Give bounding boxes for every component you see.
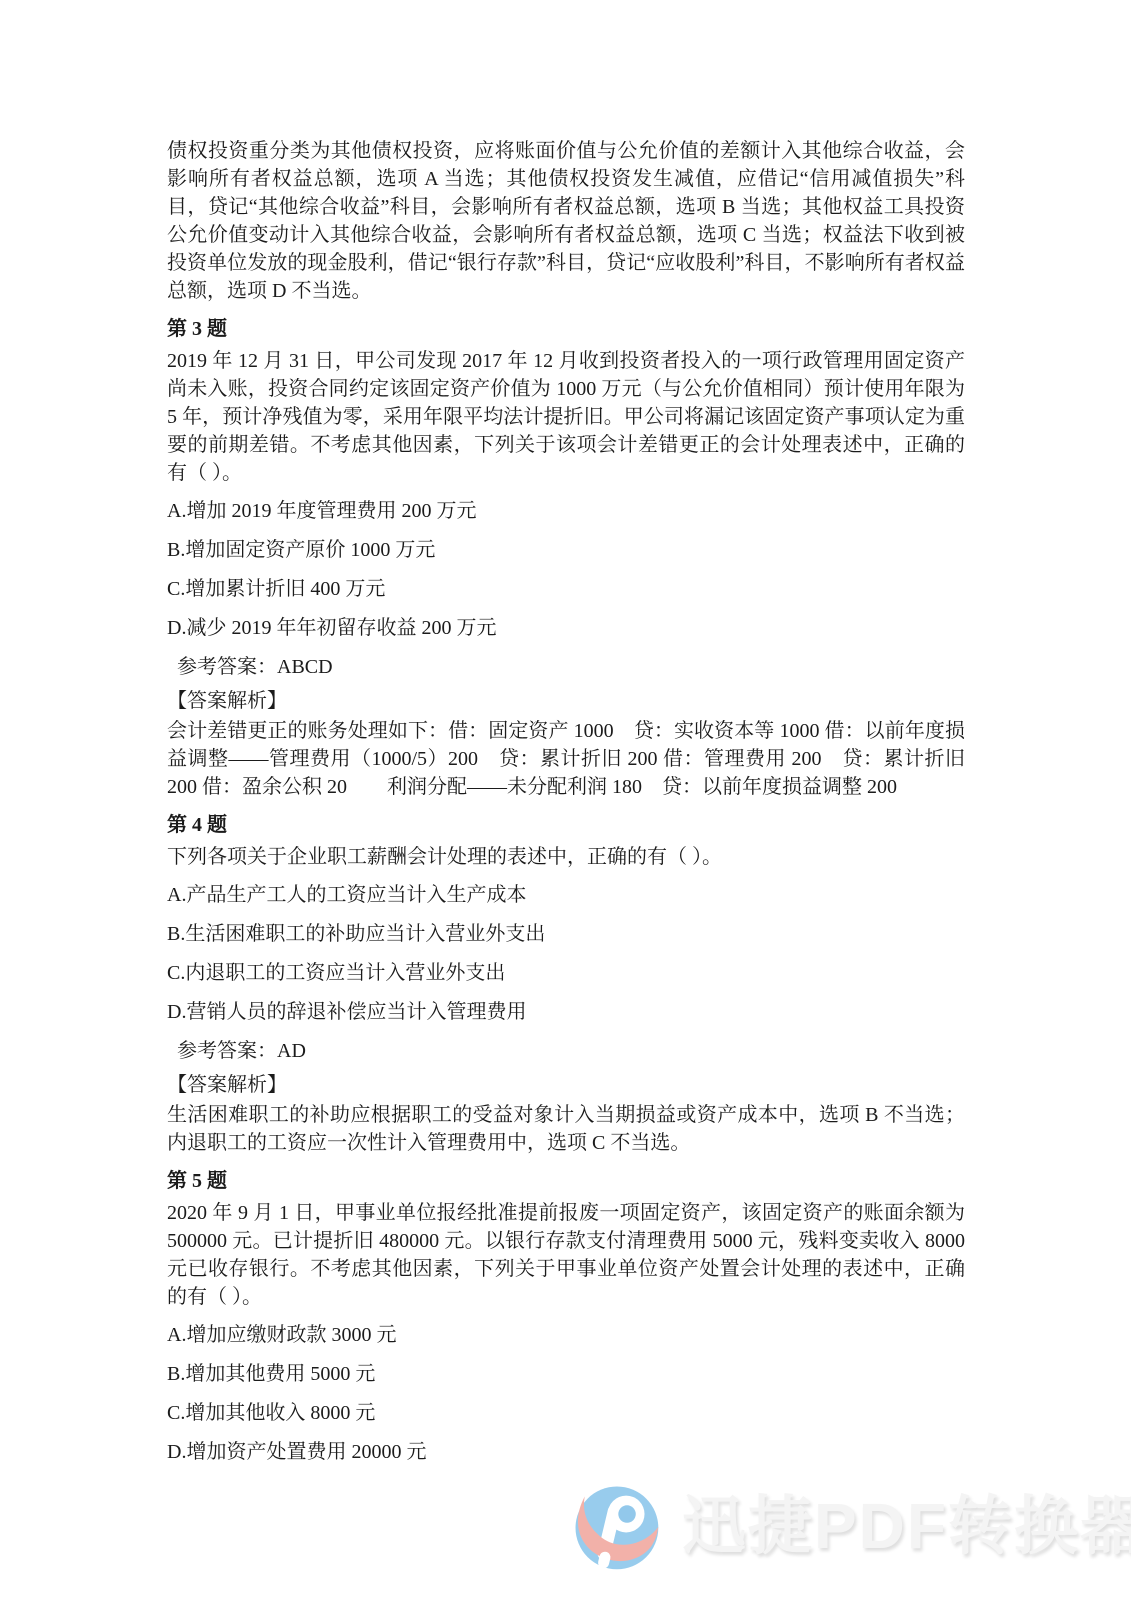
option-c: C.内退职工的工资应当计入营业外支出 [167, 959, 965, 987]
reference-answer: 参考答案：AD [167, 1037, 965, 1065]
option-a: A.增加 2019 年度管理费用 200 万元 [167, 497, 965, 525]
option-b: B.增加其他费用 5000 元 [167, 1360, 965, 1388]
option-b: B.增加固定资产原价 1000 万元 [167, 536, 965, 564]
analysis-paragraph: 会计差错更正的账务处理如下：借：固定资产 1000 贷：实收资本等 1000 借… [167, 717, 965, 801]
pdf-converter-logo-icon [570, 1478, 662, 1574]
analysis-paragraph: 生活困难职工的补助应根据职工的受益对象计入当期损益或资产成本中，选项 B 不当选… [167, 1101, 965, 1157]
question-heading: 第 5 题 [167, 1167, 965, 1195]
option-d: D.增加资产处置费用 20000 元 [167, 1438, 965, 1466]
question-stem: 下列各项关于企业职工薪酬会计处理的表述中，正确的有（ ）。 [167, 843, 965, 871]
option-d: D.营销人员的辞退补偿应当计入管理费用 [167, 998, 965, 1026]
question-stem: 2019 年 12 月 31 日，甲公司发现 2017 年 12 月收到投资者投… [167, 347, 965, 487]
question-block-3: 第 3 题 2019 年 12 月 31 日，甲公司发现 2017 年 12 月… [167, 315, 965, 801]
previous-question-analysis-paragraph: 债权投资重分类为其他债权投资，应将账面价值与公允价值的差额计入其他综合收益，会影… [167, 137, 965, 305]
pdf-converter-brand-text: 迅捷PDF转换器 [682, 1478, 1131, 1574]
option-c: C.增加累计折旧 400 万元 [167, 575, 965, 603]
document-page: 债权投资重分类为其他债权投资，应将账面价值与公允价值的差额计入其他综合收益，会影… [167, 137, 965, 1477]
option-a: A.产品生产工人的工资应当计入生产成本 [167, 881, 965, 909]
option-c: C.增加其他收入 8000 元 [167, 1399, 965, 1427]
question-stem: 2020 年 9 月 1 日，甲事业单位报经批准提前报废一项固定资产，该固定资产… [167, 1199, 965, 1311]
question-heading: 第 3 题 [167, 315, 965, 343]
option-b: B.生活困难职工的补助应当计入营业外支出 [167, 920, 965, 948]
analysis-heading: 【答案解析】 [167, 1071, 965, 1099]
pdf-converter-watermark: 迅捷PDF转换器 [570, 1478, 1131, 1574]
option-d: D.减少 2019 年年初留存收益 200 万元 [167, 614, 965, 642]
reference-answer: 参考答案：ABCD [167, 653, 965, 681]
question-block-4: 第 4 题 下列各项关于企业职工薪酬会计处理的表述中，正确的有（ ）。 A.产品… [167, 811, 965, 1157]
option-a: A.增加应缴财政款 3000 元 [167, 1321, 965, 1349]
question-block-5: 第 5 题 2020 年 9 月 1 日，甲事业单位报经批准提前报废一项固定资产… [167, 1167, 965, 1466]
question-heading: 第 4 题 [167, 811, 965, 839]
analysis-heading: 【答案解析】 [167, 687, 965, 715]
